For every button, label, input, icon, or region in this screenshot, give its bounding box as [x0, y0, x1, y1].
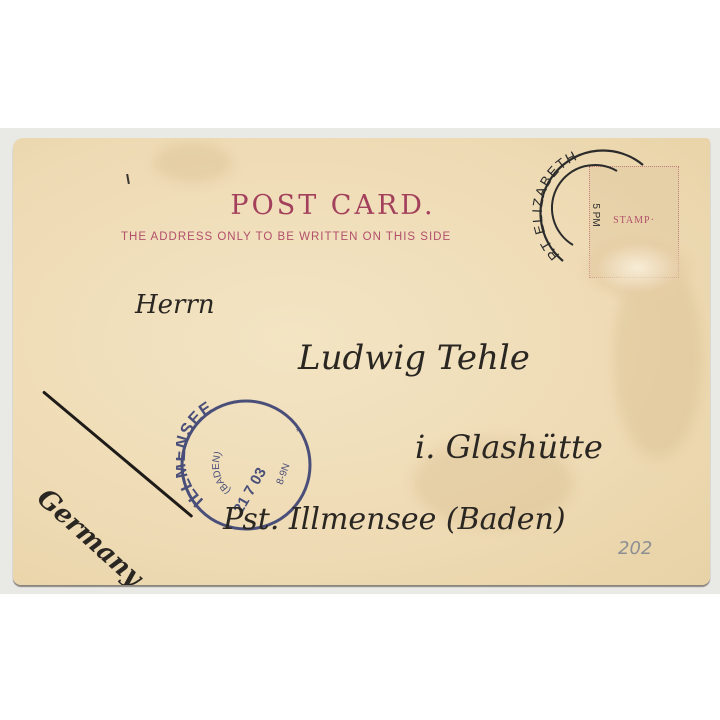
- address-name: Ludwig Tehle: [298, 338, 530, 378]
- pencil-note: 202: [618, 538, 652, 559]
- postmark-region: (BADEN): [211, 450, 233, 496]
- svg-text:(BADEN): (BADEN): [211, 450, 233, 496]
- card-title: POST CARD.: [183, 190, 483, 221]
- address-city: i. Glashütte: [415, 428, 603, 466]
- postmark-time: 8-9N: [275, 462, 293, 486]
- postmark-ring-text: RT ELIZABETH·: [529, 145, 586, 264]
- address-salutation: Herrn: [135, 290, 215, 320]
- postmark-town: ILLMENSEE: [176, 397, 216, 511]
- postmark-port-elizabeth: RT ELIZABETH· 5 PM: [525, 143, 655, 273]
- postmark-star: *: [296, 427, 300, 438]
- address-country: Germany: [31, 483, 148, 585]
- address-instruction: THE ADDRESS ONLY TO BE WRITTEN ON THIS S…: [121, 231, 541, 243]
- stain: [153, 143, 233, 183]
- svg-text:ILLMENSEE: ILLMENSEE: [176, 397, 216, 511]
- svg-text:RT ELIZABETH·: RT ELIZABETH·: [529, 145, 586, 264]
- postcard: POST CARD. THE ADDRESS ONLY TO BE WRITTE…: [13, 138, 710, 585]
- postmark-time: 5 PM: [590, 203, 601, 226]
- address-post-office: Pst. Illmensee (Baden): [223, 502, 566, 537]
- ink-mark: [126, 174, 130, 184]
